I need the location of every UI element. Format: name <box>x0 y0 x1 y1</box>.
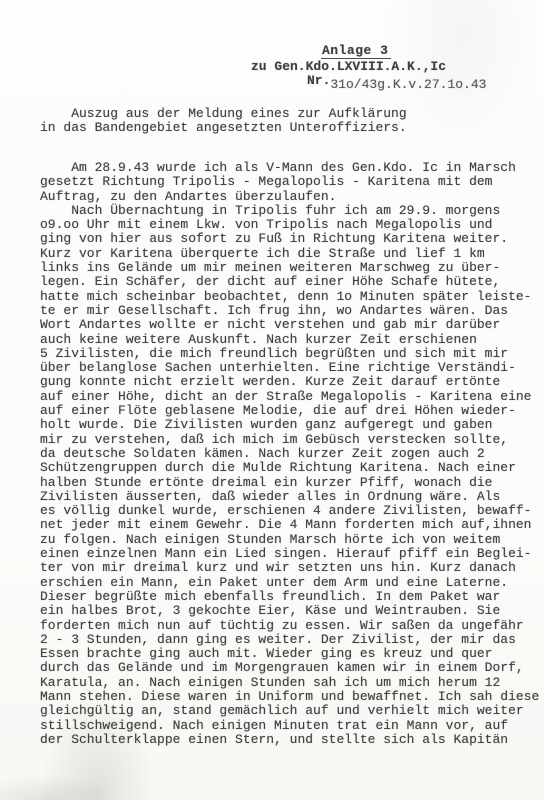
document-number-line: Nr.31o/43g.K.v.27.1o.43 <box>307 74 486 88</box>
scan-smudge <box>0 774 120 800</box>
scanned-document-page: Anlage 3 zu Gen.Kdo.LXVIII.A.K.,Ic Nr.31… <box>0 0 544 800</box>
subject-line: Auszug aus der Meldung eines zur Aufklär… <box>40 107 407 136</box>
nr-number: 31o/43g.K.v.27.1o.43 <box>330 77 486 92</box>
annex-label: Anlage 3 <box>321 44 391 59</box>
report-body-text: Am 28.9.43 wurde ich als V-Mann des Gen.… <box>40 161 539 747</box>
unit-designation: zu Gen.Kdo.LXVIII.A.K.,Ic <box>251 60 446 74</box>
nr-label: Nr. <box>307 73 330 88</box>
